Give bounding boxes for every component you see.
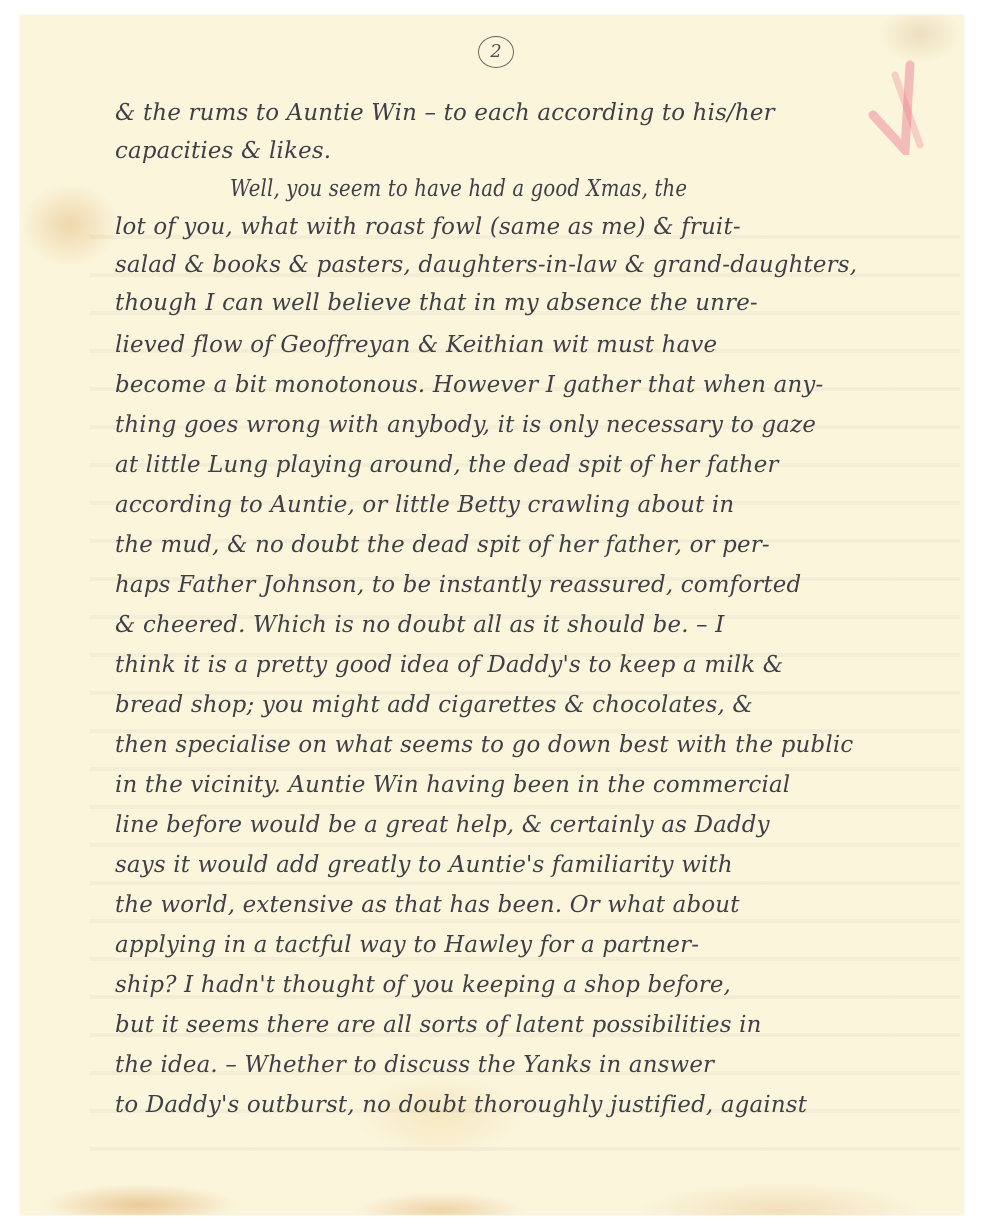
text-line: think it is a pretty good idea of Daddy'… <box>115 652 930 678</box>
text-line: but it seems there are all sorts of late… <box>115 1012 930 1038</box>
text-line: applying in a tactful way to Hawley for … <box>115 932 930 958</box>
text-line: lieved flow of Geoffreyan & Keithian wit… <box>115 332 930 358</box>
text-line: in the vicinity. Auntie Win having been … <box>115 772 930 798</box>
text-line: to Daddy's outburst, no doubt thoroughly… <box>115 1092 930 1118</box>
text-line: become a bit monotonous. However I gathe… <box>115 372 930 398</box>
text-line: ship? I hadn't thought of you keeping a … <box>115 972 930 998</box>
text-line: according to Auntie, or little Betty cra… <box>115 492 930 518</box>
text-line: at little Lung playing around, the dead … <box>115 452 930 478</box>
text-line: the idea. – Whether to discuss the Yanks… <box>115 1052 930 1078</box>
text-line: & the rums to Auntie Win – to each accor… <box>115 100 930 126</box>
text-line: lot of you, what with roast fowl (same a… <box>115 214 930 240</box>
text-line: Well, you seem to have had a good Xmas, … <box>230 176 930 202</box>
text-line: bread shop; you might add cigarettes & c… <box>115 692 930 718</box>
text-line: thing goes wrong with anybody, it is onl… <box>115 412 930 438</box>
text-line: salad & books & pasters, daughters-in-la… <box>115 252 930 278</box>
text-line: the mud, & no doubt the dead spit of her… <box>115 532 930 558</box>
text-line: the world, extensive as that has been. O… <box>115 892 930 918</box>
text-line: though I can well believe that in my abs… <box>115 290 930 316</box>
text-line: & cheered. Which is no doubt all as it s… <box>115 612 930 638</box>
text-line: haps Father Johnson, to be instantly rea… <box>115 572 930 598</box>
text-line: says it would add greatly to Auntie's fa… <box>115 852 930 878</box>
text-line: line before would be a great help, & cer… <box>115 812 930 838</box>
letter-body: & the rums to Auntie Win – to each accor… <box>0 0 981 1225</box>
text-line: capacities & likes. <box>115 138 930 164</box>
text-line: then specialise on what seems to go down… <box>115 732 930 758</box>
